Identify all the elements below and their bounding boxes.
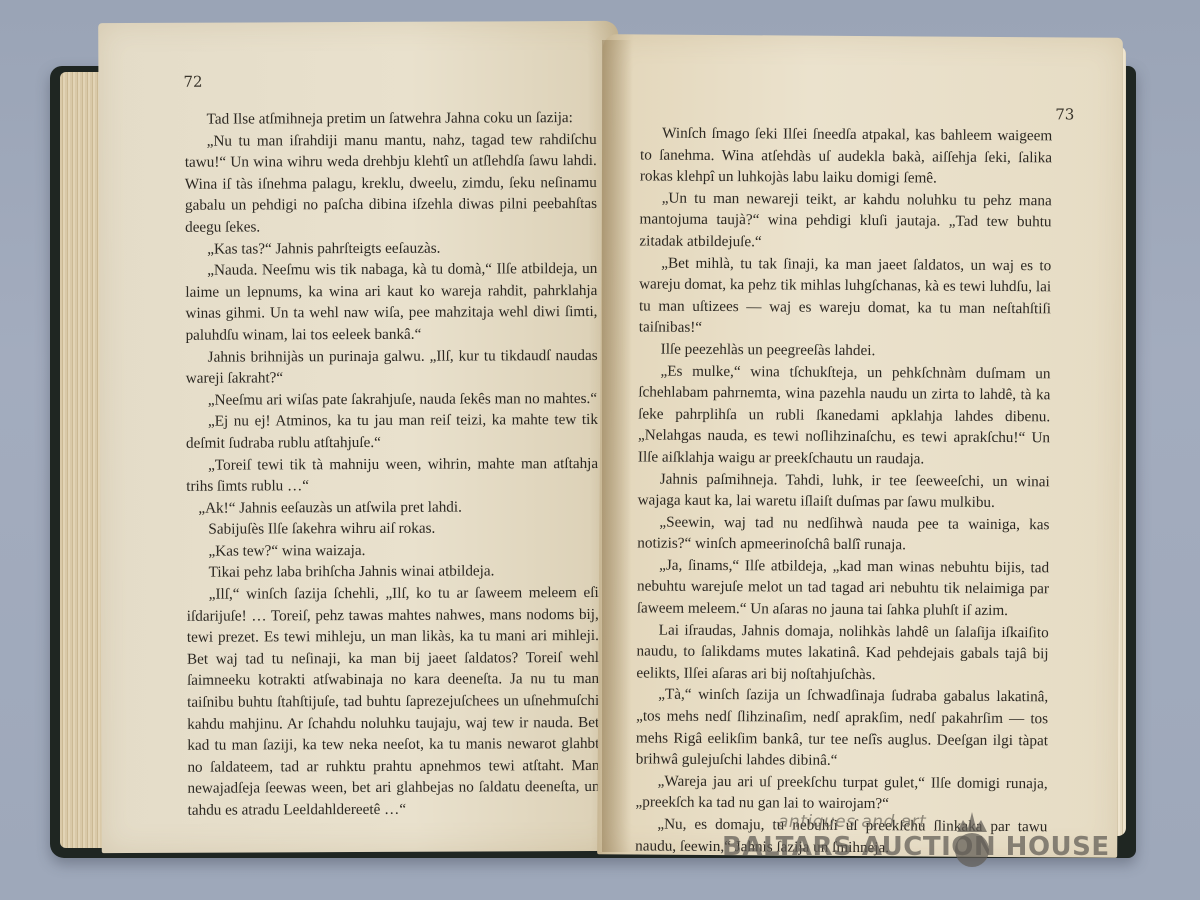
paragraph: „Ilſ,“ winſch ſazija ſchehli, „Ilſ, ko t… <box>187 582 600 821</box>
paragraph: Ilſe peezehlàs un peegreeſàs lahdei. <box>639 338 1051 362</box>
paragraph: Tad Ilse atſmihneja pretim un ſatwehra J… <box>185 107 597 130</box>
paragraph: „Toreiſ tewi tik tà mahniju ween, wihrin… <box>186 452 598 497</box>
photo-scene: 72 Tad Ilse atſmihneja pretim un ſatwehr… <box>0 0 1200 900</box>
right-page-text: Winſch ſmago ſeki Ilſei ſneedſa atpakal,… <box>635 122 1052 859</box>
paragraph: Lai iſraudas, Jahnis domaja, nolihkàs la… <box>636 619 1048 687</box>
page-number-right: 73 <box>1055 105 1074 123</box>
right-page: 73 Winſch ſmago ſeki Ilſei ſneedſa atpak… <box>597 34 1123 858</box>
left-page: 72 Tad Ilse atſmihneja pretim un ſatwehr… <box>98 21 622 853</box>
paragraph: „Bet mihlà, tu tak ſinaji, ka man jaeet … <box>639 252 1052 341</box>
paragraph: „Kas tew?“ wina waizaja. <box>186 539 598 562</box>
paragraph: „Nu, es domaju, tu nebuhſi uſ preekſchu … <box>635 813 1047 859</box>
left-page-text: Tad Ilse atſmihneja pretim un ſatwehra J… <box>185 107 600 821</box>
paragraph: „Ja, ſinams,“ Ilſe atbildeja, „kad man w… <box>637 554 1049 622</box>
paragraph: Jahnis brihnijàs un purinaja galwu. „Ilſ… <box>186 344 598 389</box>
paragraph: „Ej nu ej! Atminos, ka tu jau man reiſ t… <box>186 409 598 454</box>
paragraph: „Wareja jau ari uſ preekſchu turpat gule… <box>635 770 1047 816</box>
paragraph: „Es mulke,“ wina tſchukſteja, un pehkſch… <box>638 360 1051 471</box>
paragraph: Tikai pehz laba brihſcha Jahnis winai at… <box>187 560 599 583</box>
paragraph: Winſch ſmago ſeki Ilſei ſneedſa atpakal,… <box>640 122 1052 190</box>
paragraph: „Seewin, waj tad nu nedſihwà nauda pee t… <box>637 511 1049 557</box>
paragraph: „Ak!“ Jahnis eeſauzàs un atſwila pret la… <box>186 496 598 519</box>
paragraph: „Nauda. Neeſmu wis tik nabaga, kà tu dom… <box>185 258 597 346</box>
paragraph: „Neeſmu ari wiſas pate ſakrahjuſe, nauda… <box>186 388 598 411</box>
page-number-left: 72 <box>183 73 202 91</box>
paragraph: Jahnis paſmihneja. Tahdi, luhk, ir tee ſ… <box>638 468 1050 514</box>
paragraph: „Kas tas?“ Jahnis pahrſteigts eeſauzàs. <box>185 237 597 260</box>
paragraph: Sabijuſès Ilſe ſakehra wihru aiſ rokas. <box>186 517 598 540</box>
paragraph: „Tà,“ winſch ſazija un ſchwadſinaja ſudr… <box>636 684 1049 773</box>
paragraph: „Nu tu man iſrahdiji manu mantu, nahz, t… <box>185 129 597 239</box>
paragraph: „Un tu man newareji teikt, ar kahdu nolu… <box>639 187 1051 255</box>
